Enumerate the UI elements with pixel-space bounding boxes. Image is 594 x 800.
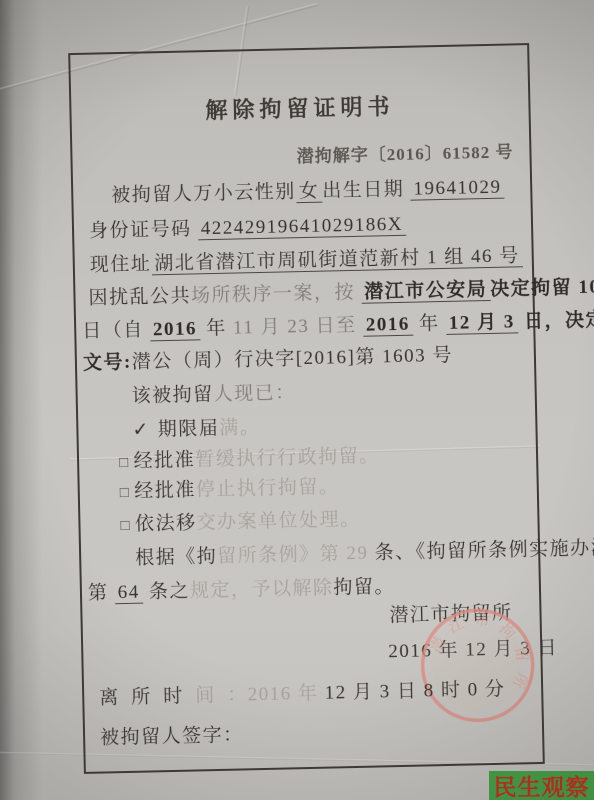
release-reason-checked: ✓期限届满。: [132, 412, 261, 442]
id-value: 42242919641029186X: [198, 214, 407, 241]
legal-text: 根据《拘: [135, 546, 217, 569]
term-expired-text: 期限届: [158, 418, 220, 440]
reason-text-faded: 场所秩序一案，按: [191, 282, 355, 307]
year-char-2: 年: [419, 313, 440, 334]
article-prefix: 第: [88, 582, 109, 603]
doc-no-label: 文号:: [83, 352, 132, 374]
address-line: 现住址湖北省潜江市周矶街道范新村 1 组 46 号: [89, 240, 523, 276]
dob-label: 出生日期: [322, 179, 404, 202]
start-year: 2016: [150, 318, 200, 341]
departure-label-faded: 间: [195, 685, 227, 707]
option-3-faded: 停止执行拘留。: [196, 476, 340, 500]
release-option-2: □经批准暂缓执行行政拘留。: [119, 440, 380, 473]
detainee-prefix: 被拘留人万小云性别: [111, 181, 296, 206]
release-text: 拘留。: [333, 576, 395, 598]
checkmark-icon: ✓: [132, 419, 150, 440]
detainee-line: 被拘留人万小云性别女出生日期 19641029: [111, 172, 505, 208]
checkbox-icon: □: [119, 455, 130, 471]
option-4-faded: 交办案单位处理。: [196, 509, 360, 534]
photo-edge-shadow: [0, 0, 42, 800]
option-4-text: 依法移: [135, 512, 197, 534]
watermark-text: 民生观察: [494, 769, 590, 800]
release-text-faded: 规定，予以解除: [190, 577, 334, 601]
release-option-4: □依法移交办案单位处理。: [120, 504, 361, 536]
option-2-text: 经批准: [133, 449, 195, 471]
date-range-prefix: 日（自: [82, 320, 144, 342]
detention-days: 决定拘留 10: [490, 277, 594, 300]
case-reason-line-1: 因扰乱公共场所秩序一案，按 潜江市公安局决定拘留 10: [88, 272, 594, 310]
document-title: 解除拘留证明书: [71, 87, 529, 128]
departure-time-value: 12 月 3 日 8 时 0 分: [318, 679, 505, 704]
reason-text: 因扰乱公共: [88, 285, 191, 308]
end-year: 2016: [363, 314, 413, 337]
release-option-3: □经批准停止执行拘留。: [119, 471, 339, 503]
case-reason-line-2: 日（自 2016 年 11 月 23 日至 2016 年 12 月 3 日，决定…: [82, 304, 594, 343]
decision-doc-number-line: 文号:潜公（周）行决字[2016]第 1603 号: [83, 340, 453, 375]
id-number-line: 身份证号码 42242919641029186X: [89, 209, 407, 243]
official-red-seal: 潜江市拘留所: [411, 599, 544, 732]
case-number: 潜拘解字〔2016〕61582 号: [296, 137, 513, 167]
term-expired-faded: 满。: [219, 417, 260, 439]
date-range-suffix: 日，决定书: [524, 309, 594, 332]
departure-time-faded: ：2016 年: [227, 683, 319, 706]
legal-basis-line-1: 根据《拘留所条例》第 29 条、《拘留所条例实施办法》: [135, 532, 594, 570]
gender-value: 女: [296, 181, 323, 204]
detainee-signature-label: 被拘留人签字：: [100, 719, 244, 749]
watermark-badge: 民生观察: [489, 771, 594, 800]
doc-no-value: 潜公（周）行决字[2016]第 1603 号: [132, 345, 454, 373]
status-intro-faded: 人现已：: [213, 382, 295, 405]
status-intro-line: 该被拘留人现已：: [131, 377, 296, 408]
legal-basis-line-2: 第 64 条之规定，予以解除拘留。: [88, 571, 396, 605]
option-2-faded: 暂缓执行行政拘留。: [195, 445, 380, 470]
start-date-faded: 11 月 23 日至: [233, 315, 357, 339]
checkbox-icon: □: [120, 485, 131, 501]
legal-text-2: 条、《拘留所条例实施办法》: [374, 537, 594, 564]
legal-text-faded: 留所条例》第 29: [217, 543, 375, 567]
article-number: 64: [115, 582, 143, 605]
status-intro-text: 该被拘留: [131, 384, 213, 407]
departure-label: 离所时: [99, 685, 195, 708]
address-label: 现住址: [90, 253, 152, 275]
deciding-authority: 潜江市公安局: [361, 279, 490, 304]
checkbox-icon: □: [120, 518, 131, 534]
address-value: 湖北省潜江市周矶街道范新村 1 组 46 号: [151, 245, 523, 275]
year-char: 年: [206, 318, 227, 339]
id-label: 身份证号码: [89, 218, 192, 241]
end-date: 12 月 3: [446, 311, 518, 335]
option-3-text: 经批准: [134, 479, 196, 501]
dob-value: 19641029: [410, 177, 504, 201]
article-suffix: 条之: [149, 581, 190, 603]
certificate-document: 解除拘留证明书 潜拘解字〔2016〕61582 号 被拘留人万小云性别女出生日期…: [68, 43, 545, 774]
photographed-certificate: 解除拘留证明书 潜拘解字〔2016〕61582 号 被拘留人万小云性别女出生日期…: [0, 0, 594, 800]
